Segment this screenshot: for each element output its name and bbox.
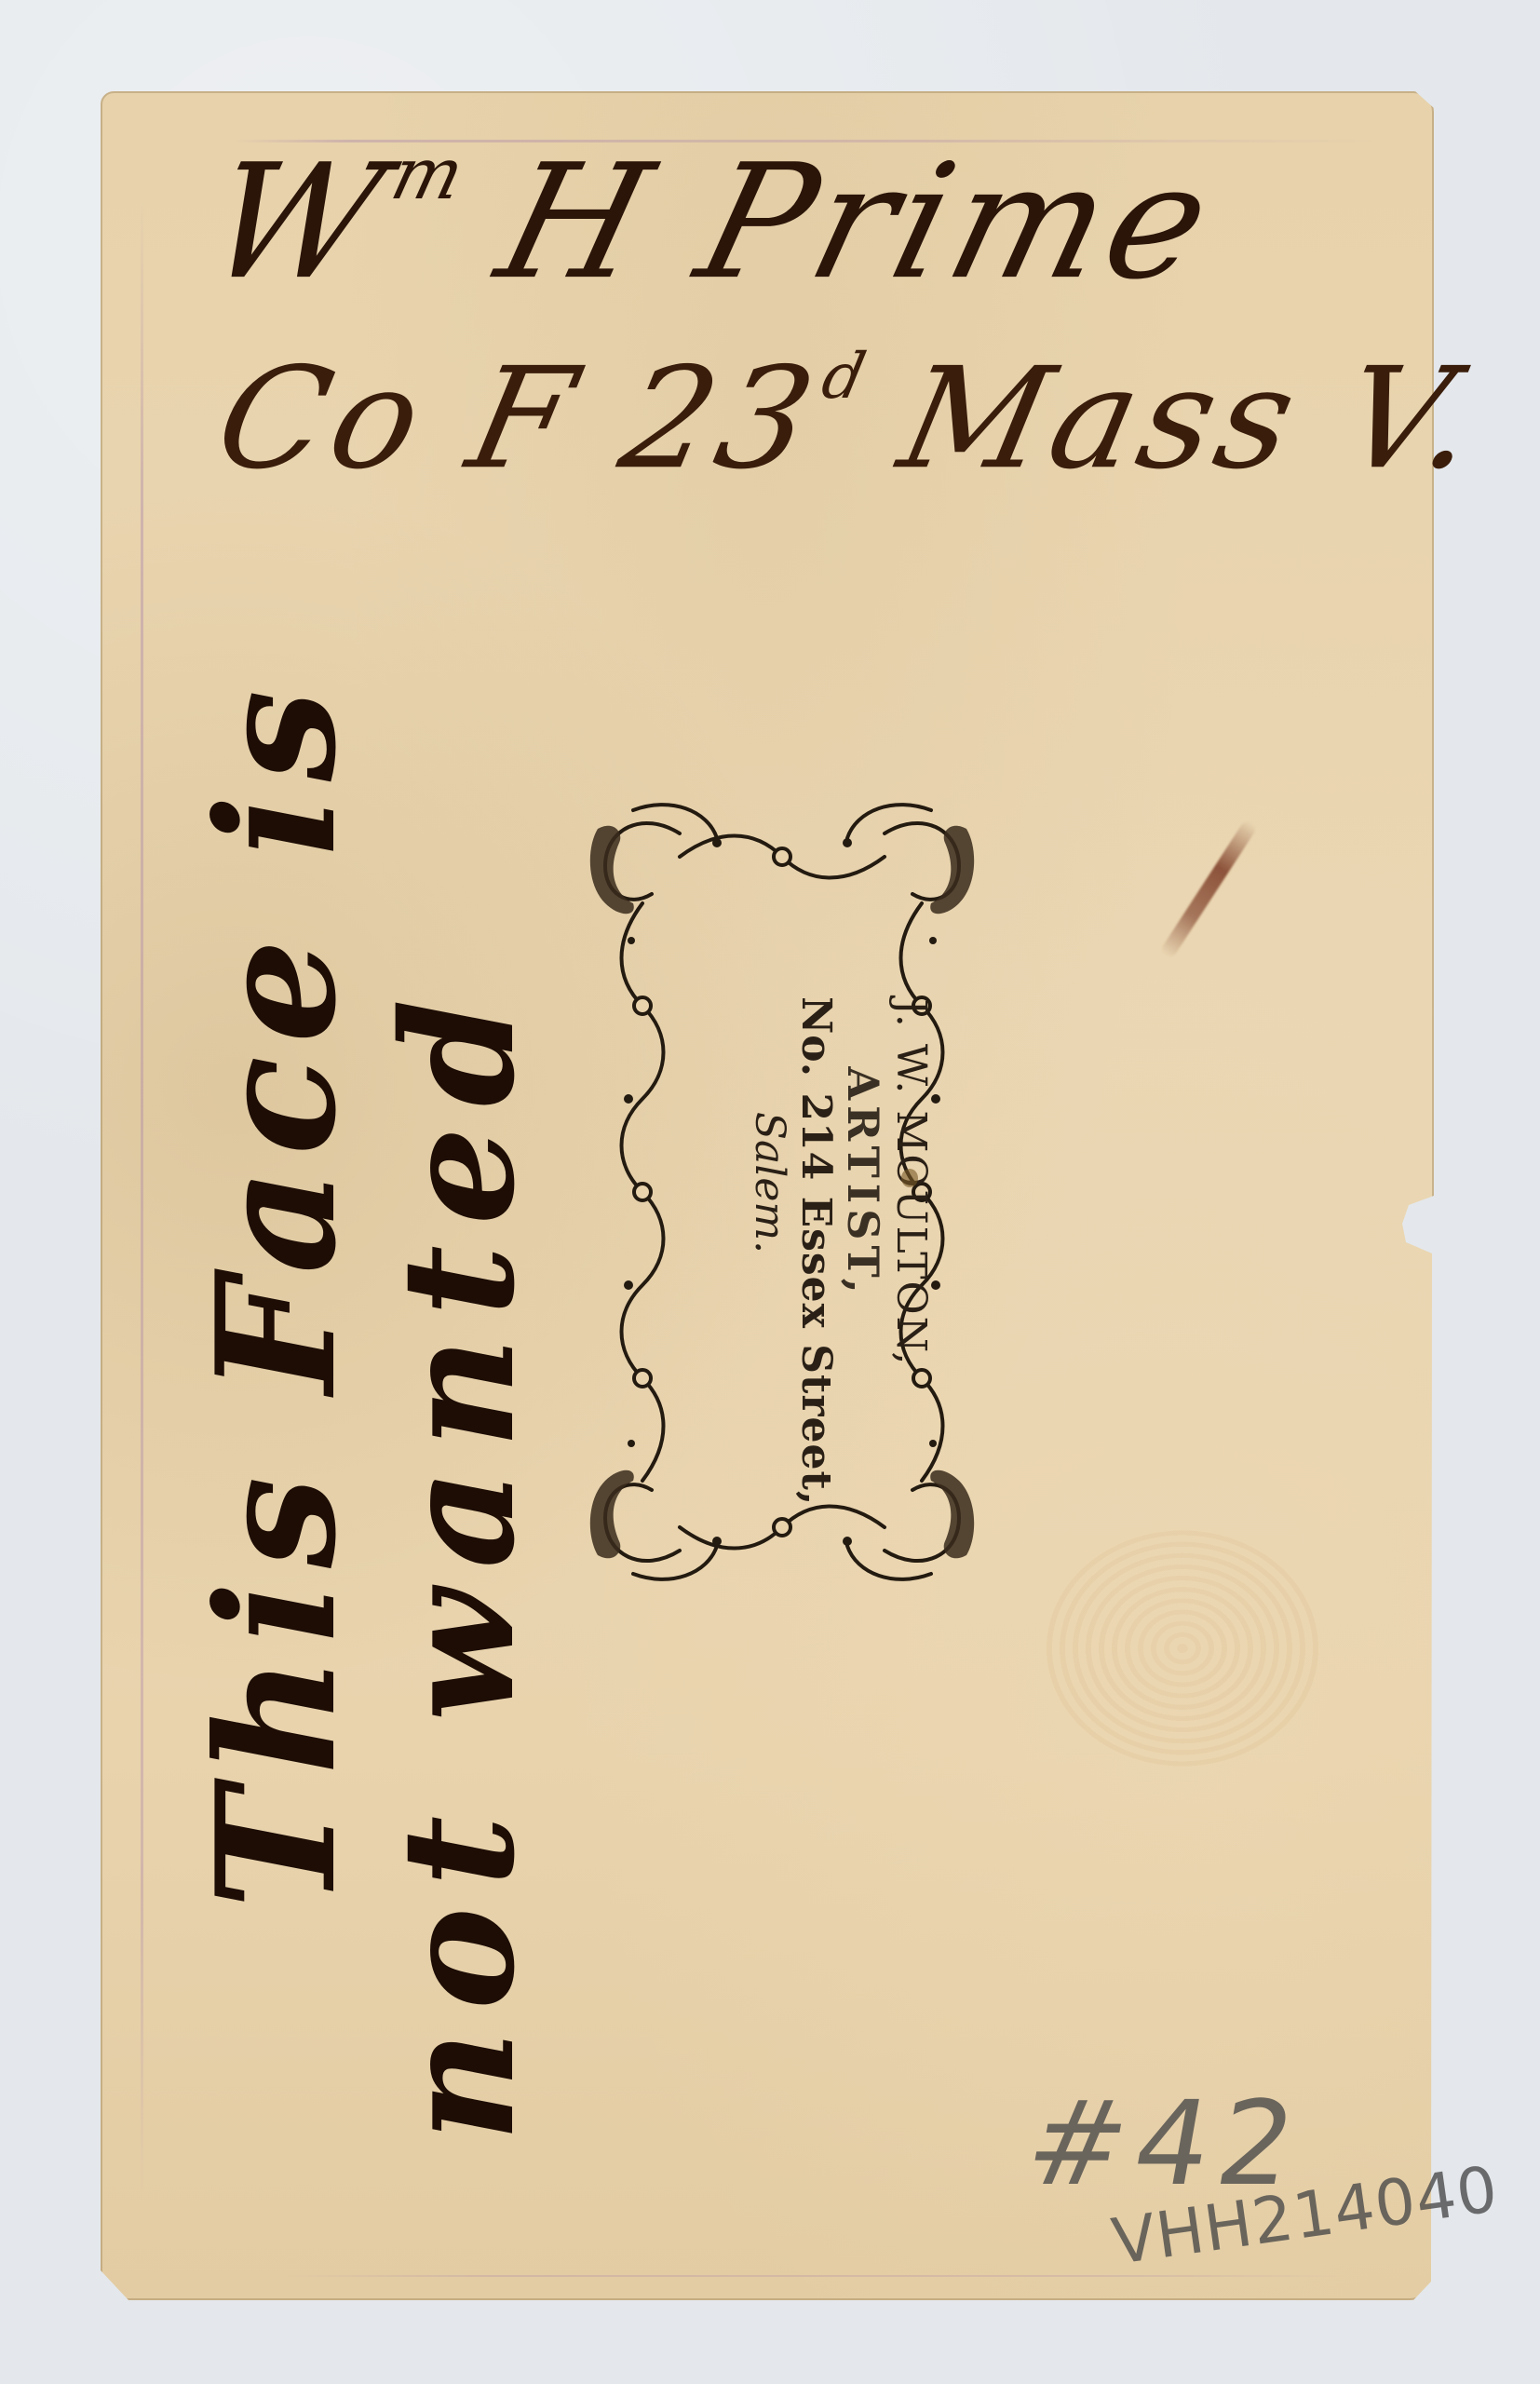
border-bleed-bottom [279, 2275, 1350, 2277]
ink-spot [901, 1169, 918, 1187]
border-bleed-left [141, 196, 143, 2198]
fingerprint-smudge [1043, 1527, 1322, 1769]
stamp-title: ARTIST, [842, 996, 885, 1369]
name-rest: H Prime [426, 130, 1233, 315]
inscription-unit: Co F 23d Mass V. [207, 345, 1495, 489]
inscription-vertical-line1: This Face is [196, 677, 358, 1909]
inscription-name: Wm H Prime [194, 140, 1230, 302]
unit-rest: Mass V. [838, 338, 1496, 500]
unit-prefix: Co F 23 [204, 338, 831, 500]
stamp-address: No. 214 Essex Street, [795, 996, 836, 1369]
inscription-vertical-line2: not wanted [382, 979, 535, 2142]
stamp-city: Salem. [749, 996, 790, 1369]
